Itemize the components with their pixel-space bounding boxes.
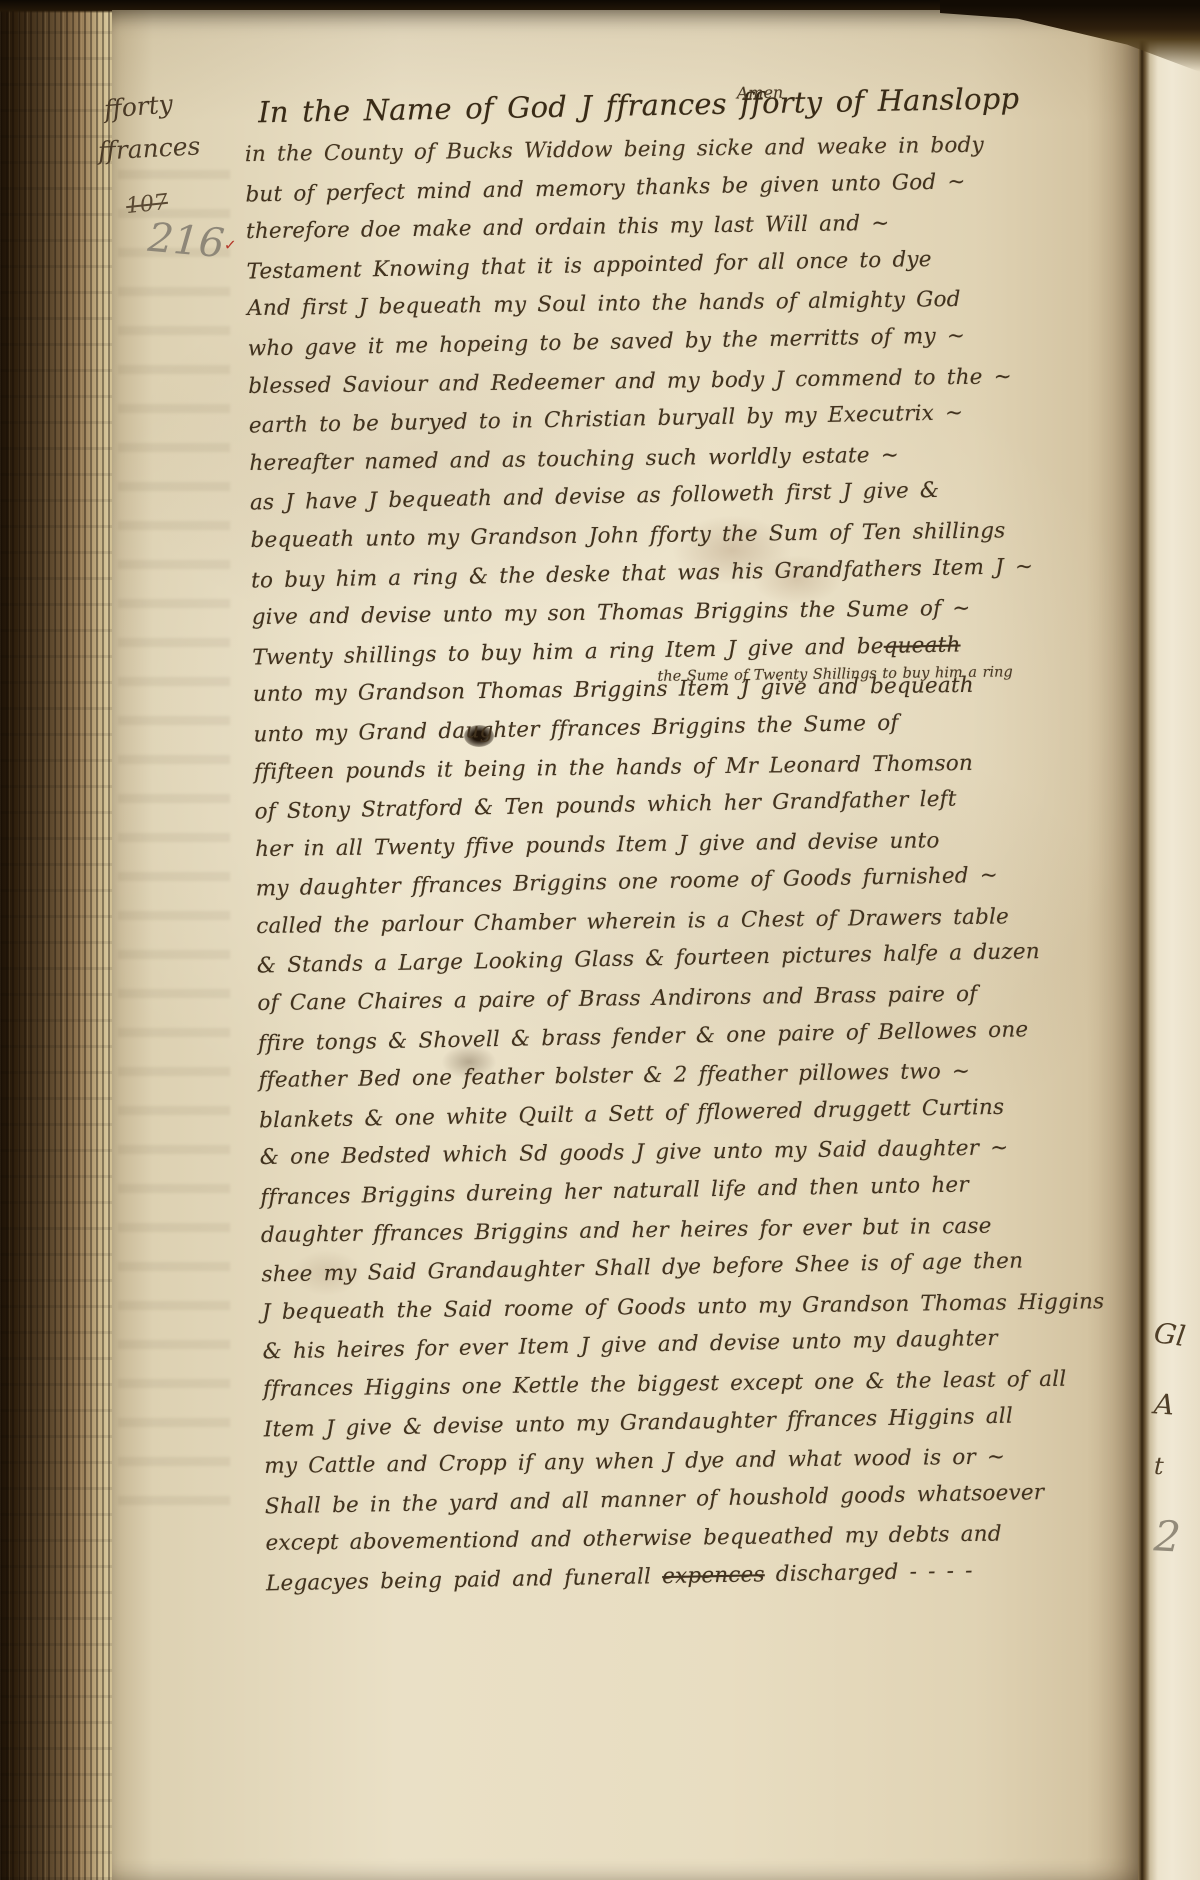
handwritten-text: therefore doe make and ordain this my la… bbox=[246, 211, 890, 244]
facing-page-text-fragment: 2 bbox=[1153, 1511, 1182, 1561]
handwritten-text: in the County of Bucks Widdow being sick… bbox=[245, 133, 984, 167]
facing-page-sliver: GlAt2 bbox=[1138, 0, 1200, 1880]
verso-ink-showthrough bbox=[118, 170, 230, 1520]
manuscript-photo: { "manuscript": { "margin_annotations": … bbox=[0, 0, 1200, 1880]
manuscript-lines: AmenIn the Name of God J ffrances fforty… bbox=[244, 83, 1146, 1606]
book-binding-page-edges bbox=[0, 0, 118, 1880]
struck-through-text: expences bbox=[662, 1562, 765, 1589]
handwritten-text: Legacyes being paid and funerall bbox=[266, 1564, 663, 1596]
manuscript-page: fforty ffrances 107 ✓ 216 AmenIn the Nam… bbox=[112, 10, 1138, 1880]
handwritten-text: hereafter named and as touching such wor… bbox=[249, 443, 899, 476]
facing-page-text-fragment: t bbox=[1154, 1452, 1165, 1480]
interlined-insertion: the Sume of Twenty Shillings to buy him … bbox=[657, 658, 1013, 693]
handwritten-text: give and devise unto my son Thomas Brigg… bbox=[252, 596, 971, 630]
handwritten-text: my Cattle and Cropp if any when J dye an… bbox=[264, 1445, 1005, 1479]
facing-page-text-fragment: A bbox=[1153, 1387, 1175, 1421]
pencil-folio-number: 216 bbox=[146, 215, 226, 267]
margin-note-surname: fforty bbox=[103, 89, 174, 124]
facing-page-text-fragment: Gl bbox=[1152, 1316, 1188, 1353]
handwritten-text: In the Name of God J ffrances fforty of … bbox=[258, 81, 1020, 129]
handwritten-text: ffeather Bed one feather bolster & 2 ffe… bbox=[258, 1059, 970, 1093]
handwritten-text: discharged - - - - bbox=[764, 1558, 972, 1587]
red-check-mark: ✓ bbox=[223, 236, 237, 255]
margin-note-struck-folio-number: 107 bbox=[125, 190, 169, 219]
interlined-insertion: Amen bbox=[736, 78, 783, 109]
handwritten-text: her in all Twenty ffive pounds Item J gi… bbox=[255, 828, 940, 862]
handwritten-text: of Cane Chaires a paire of Brass Andiron… bbox=[257, 982, 977, 1016]
margin-note-forename: ffrances bbox=[97, 131, 201, 165]
handwritten-text: except abovementiond and otherwise beque… bbox=[265, 1522, 1002, 1556]
handwritten-text: & one Bedsted which Sd goods J give unto… bbox=[260, 1136, 1009, 1171]
handwritten-text: And first J bequeath my Soul into the ha… bbox=[247, 287, 961, 321]
struck-through-text: queath bbox=[883, 632, 960, 658]
